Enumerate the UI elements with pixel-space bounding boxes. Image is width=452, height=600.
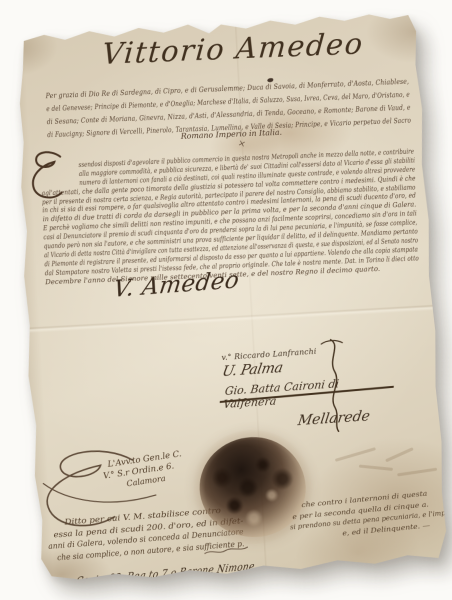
cancelled-signature: Gio. Batta Caironi di Valfenera <box>223 374 385 411</box>
edict-body: ssendosi disposti d'agevolare il pubblic… <box>40 138 419 277</box>
ink-bleed-mark <box>385 447 414 462</box>
document-title: Vittorio Amedeo <box>45 24 422 73</box>
countersignature: Mellarede <box>297 404 427 429</box>
note-line: e, ed il Delinquente. — <box>342 521 430 537</box>
ink-bleed-mark <box>359 465 393 471</box>
paper-surface: Vittorio Amedeo Per grazia di Dio Re di … <box>7 9 449 587</box>
manuscript-content: Vittorio Amedeo Per grazia di Dio Re di … <box>11 12 445 584</box>
manuscript-sheet: Vittorio Amedeo Per grazia di Dio Re di … <box>7 9 449 587</box>
document-photo: Vittorio Amedeo Per grazia di Dio Re di … <box>0 0 452 600</box>
countersignature-block: v.° Riccardo Lanfranchi U. Palma Gio. Ba… <box>221 340 426 434</box>
ink-bleed-mark <box>397 468 437 477</box>
ink-bleed-mark <box>335 447 376 462</box>
